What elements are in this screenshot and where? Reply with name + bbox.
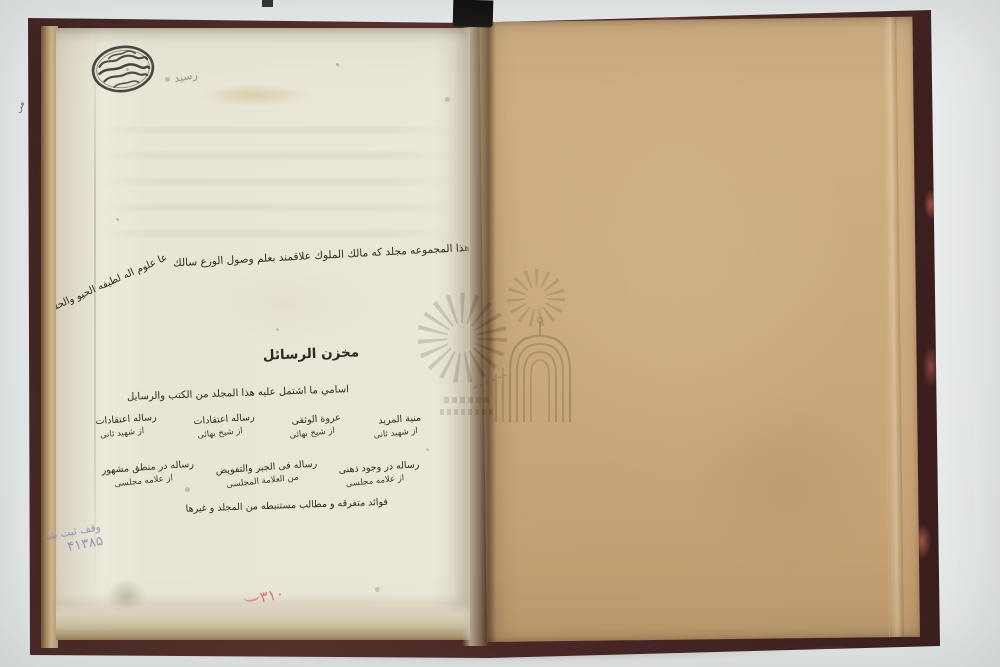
work-author: از شهيد ثانى	[91, 425, 153, 441]
ownership-inscription-tail: عا علوم اله لطيفه الحيو والحلي	[56, 252, 169, 315]
bleedthrough-text-ghost	[92, 126, 454, 248]
contents-entry: منية المريد از شهيد ثانى	[377, 412, 423, 439]
top-binding-clip	[453, 0, 494, 28]
contents-entry: عروة الوثقى از شيخ بهائى	[291, 412, 342, 439]
contents-entry: رساله در وجود ذهنى از علامه مجلسى	[338, 459, 420, 489]
contents-footer-note: فوائد متفرقه و مطالب مستنبطه من المجلد و…	[198, 497, 388, 515]
work-author: از شيخ بهائى	[189, 425, 251, 441]
work-author: از شيخ بهائى	[287, 426, 337, 441]
library-watermark-icon	[418, 250, 613, 445]
work-title: عروة الوثقى	[291, 412, 341, 426]
work-author: از شهيد ثانى	[373, 426, 418, 441]
work-title: منية المريد	[377, 412, 422, 426]
faint-signature: رسید	[173, 68, 199, 85]
contents-row-1: منية المريد از شهيد ثانى عروة الوثقى از …	[96, 414, 422, 438]
top-binding-clip-small	[262, 0, 273, 7]
page-fold-edge	[881, 17, 904, 637]
contents-entry: رساله فى الجبر والتفويض من العلامة المجل…	[215, 458, 318, 489]
contents-heading: اسامي ما اشتمل عليه هذا المجلد من الكتب …	[116, 384, 360, 404]
left-page: رسید هذا المجموعه مجلد كه مالك الملوك عل…	[56, 28, 470, 640]
library-seal-icon	[85, 38, 161, 100]
fore-edge-ink-mark: مٮ	[14, 100, 26, 114]
manuscript-title: مخزن الرسائل	[256, 344, 366, 364]
contents-entry: رساله اعتقادات از شهيد ثانى	[95, 412, 158, 440]
page-crease-line	[94, 28, 96, 594]
contents-row-2: رساله در وجود ذهنى از علامه مجلسى رساله …	[102, 462, 420, 486]
contents-entry: رساله اعتقادات از شيخ بهائى	[193, 412, 256, 440]
manuscript-photograph: مٮ رسید هذا المجموعه مجلد كه مالك الملوك…	[0, 0, 1000, 667]
shelf-number-red: ۳۱۰	[243, 584, 286, 610]
contents-entry: رساله در منطق مشهور از علامه مجلسى	[101, 459, 195, 489]
